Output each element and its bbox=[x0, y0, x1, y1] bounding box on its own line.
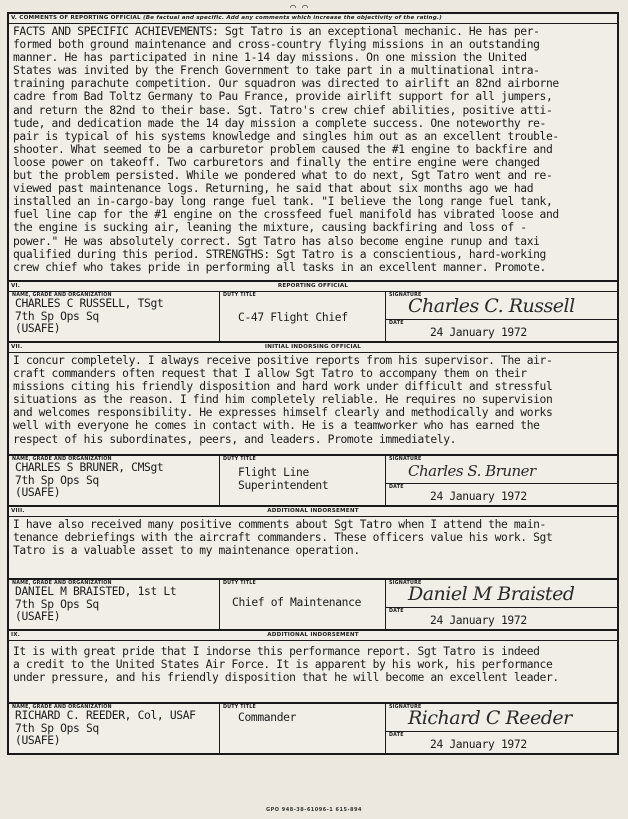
duty-title-cell: DUTY TITLE Chief of Maintenance bbox=[220, 580, 386, 629]
reporting-official-row: NAME, GRADE AND ORGANIZATION CHARLES C R… bbox=[9, 292, 617, 343]
date-box: DATE 24 January 1972 bbox=[386, 484, 617, 505]
section-vii-comments: I concur completely. I always receive po… bbox=[9, 353, 617, 456]
form-footer-code: GPO 948-38-61096-1 615-894 bbox=[0, 807, 628, 813]
name-grade-org-cell: NAME, GRADE AND ORGANIZATION CHARLES S B… bbox=[9, 456, 220, 505]
duty-title-cell: DUTY TITLE Flight Line Superintendent bbox=[220, 456, 386, 505]
duty-title-cell: DUTY TITLE C-47 Flight Chief bbox=[220, 292, 386, 341]
duty-title: Flight Line Superintendent bbox=[238, 467, 328, 492]
duty-title: Commander bbox=[238, 712, 296, 725]
signature-date-cell: SIGNATURE Daniel M Braisted DATE 24 Janu… bbox=[386, 580, 617, 629]
name-grade-org-cell: NAME, GRADE AND ORGANIZATION DANIEL M BR… bbox=[9, 580, 220, 629]
date-label: DATE bbox=[389, 321, 404, 326]
signature-date-cell: SIGNATURE Charles C. Russell DATE 24 Jan… bbox=[386, 292, 617, 341]
duty-title: Chief of Maintenance bbox=[232, 597, 361, 610]
section-v-label: V. COMMENTS OF REPORTING OFFICIAL bbox=[11, 15, 141, 21]
section-ix-header: IX. ADDITIONAL INDORSEMENT bbox=[9, 631, 617, 641]
official-name: CHARLES C RUSSELL, TSgt 7th Sp Ops Sq (U… bbox=[15, 298, 163, 336]
duty-label: DUTY TITLE bbox=[223, 293, 256, 298]
section-v-header: V. COMMENTS OF REPORTING OFFICIAL (Be fa… bbox=[9, 14, 617, 24]
top-mark: ⌒ ⌒ bbox=[290, 2, 340, 12]
signature: Charles S. Bruner bbox=[408, 462, 536, 480]
duty-label: DUTY TITLE bbox=[223, 457, 256, 462]
date-box: DATE 24 January 1972 bbox=[386, 608, 617, 629]
name-grade-org-cell: NAME, GRADE AND ORGANIZATION CHARLES C R… bbox=[9, 292, 220, 341]
date-label: DATE bbox=[389, 609, 404, 614]
additional-indorsement-row-2: NAME, GRADE AND ORGANIZATION RICHARD C. … bbox=[9, 704, 617, 753]
date-box: DATE 24 January 1972 bbox=[386, 320, 617, 341]
date-value: 24 January 1972 bbox=[430, 490, 527, 503]
name-grade-org-cell: NAME, GRADE AND ORGANIZATION RICHARD C. … bbox=[9, 704, 220, 753]
section-vi-header: VI. REPORTING OFFICIAL bbox=[9, 282, 617, 292]
duty-title: C-47 Flight Chief bbox=[238, 312, 348, 325]
duty-label: DUTY TITLE bbox=[223, 581, 256, 586]
section-v-comments: FACTS AND SPECIFIC ACHIEVEMENTS: Sgt Tat… bbox=[9, 24, 617, 282]
official-name: DANIEL M BRAISTED, 1st Lt 7th Sp Ops Sq … bbox=[15, 586, 176, 624]
section-title: ADDITIONAL INDORSEMENT bbox=[9, 631, 617, 640]
signature-box: SIGNATURE Charles S. Bruner bbox=[386, 456, 617, 484]
date-value: 24 January 1972 bbox=[430, 614, 527, 627]
date-label: DATE bbox=[389, 733, 404, 738]
date-box: DATE 24 January 1972 bbox=[386, 732, 617, 753]
date-value: 24 January 1972 bbox=[430, 326, 527, 339]
additional-indorsement-row-1: NAME, GRADE AND ORGANIZATION DANIEL M BR… bbox=[9, 580, 617, 631]
signature-box: SIGNATURE Daniel M Braisted bbox=[386, 580, 617, 608]
section-v-instruction: (Be factual and specific. Add any commen… bbox=[143, 15, 442, 21]
section-title: REPORTING OFFICIAL bbox=[9, 282, 617, 291]
signature-date-cell: SIGNATURE Charles S. Bruner DATE 24 Janu… bbox=[386, 456, 617, 505]
section-title: ADDITIONAL INDORSEMENT bbox=[9, 507, 617, 516]
signature-date-cell: SIGNATURE Richard C Reeder DATE 24 Janua… bbox=[386, 704, 617, 753]
official-name: RICHARD C. REEDER, Col, USAF 7th Sp Ops … bbox=[15, 710, 196, 748]
signature: Charles C. Russell bbox=[408, 295, 575, 317]
date-label: DATE bbox=[389, 485, 404, 490]
official-name: CHARLES S BRUNER, CMSgt 7th Sp Ops Sq (U… bbox=[15, 462, 163, 500]
section-viii-comments: I have also received many positive comme… bbox=[9, 517, 617, 580]
section-title: INITIAL INDORSING OFFICIAL bbox=[9, 343, 617, 352]
date-value: 24 January 1972 bbox=[430, 738, 527, 751]
performance-report-form: V. COMMENTS OF REPORTING OFFICIAL (Be fa… bbox=[7, 12, 619, 755]
section-ix-comments: It is with great pride that I indorse th… bbox=[9, 641, 617, 704]
section-vii-header: VII. INITIAL INDORSING OFFICIAL bbox=[9, 343, 617, 353]
initial-indorsing-row: NAME, GRADE AND ORGANIZATION CHARLES S B… bbox=[9, 456, 617, 507]
section-viii-header: VIII. ADDITIONAL INDORSEMENT bbox=[9, 507, 617, 517]
duty-title-cell: DUTY TITLE Commander bbox=[220, 704, 386, 753]
signature: Daniel M Braisted bbox=[408, 583, 574, 605]
duty-label: DUTY TITLE bbox=[223, 705, 256, 710]
signature: Richard C Reeder bbox=[408, 707, 572, 729]
signature-box: SIGNATURE Richard C Reeder bbox=[386, 704, 617, 732]
signature-box: SIGNATURE Charles C. Russell bbox=[386, 292, 617, 320]
